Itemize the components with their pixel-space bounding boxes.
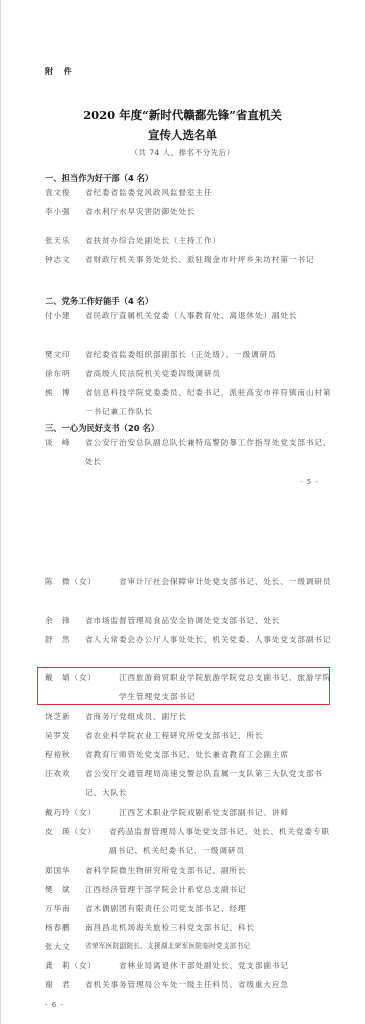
person-title: 省林业局离退休干部处副处长、党支部副书记 — [119, 956, 339, 975]
person-title: 省民政厅直属机关党委（人事教育处、离退休处）副处长 — [85, 306, 335, 325]
person-name: 杨春鹏 — [45, 918, 70, 937]
person-title: 省水利厅水旱灾害防御处处长 — [85, 202, 335, 221]
person-title: 省商务厅党组成员、副厅长 — [85, 707, 335, 726]
person-title: 南昌昌北机场海关旅检三科党支部书记、科长 — [85, 918, 335, 937]
person-name: 程裕秋 — [45, 745, 70, 764]
person-title: 省财政厅机关事务处处长、派驻瑞金市叶坪乡朱坊村第一书记 — [85, 250, 335, 269]
person-name: 谢 君 — [45, 975, 70, 994]
person-title: 省纪委省监委党风政风监督室主任 — [85, 183, 335, 202]
person-title: 省纪委省监委组织部副部长（正处级）、一级调研员 — [85, 345, 335, 364]
page-number-6: - 6 - — [45, 1001, 64, 1009]
document-title-line-2: 宣传人选名单 — [0, 125, 365, 145]
person-name: 饶芝新 — [45, 707, 70, 726]
person-name: 舒 然 — [45, 630, 70, 649]
person-name: 吴罗发 — [45, 726, 70, 745]
person-title: 省科学院微生物研究所党支部书记、副所长 — [85, 861, 335, 880]
person-name: 郑国华 — [45, 861, 70, 880]
person-name: 付小建 — [45, 306, 70, 325]
person-title: 省人大常委会办公厅人事处处长，机关党委、人事处党支部副书记 — [85, 630, 335, 649]
document-subtitle: （共 74 人，排名不分先后） — [0, 147, 365, 158]
person-title: 江西艺术职业学院戏剧系党支部副书记、讲师 — [119, 803, 339, 822]
person-title: 省机关事务管理局公车处一级主任科员、省级重大应急 — [85, 975, 335, 994]
person-name: 汪欢欢 — [45, 764, 70, 783]
person-title: 省教育厅师资处党支部书记、处长兼省教育工会副主席 — [85, 745, 335, 764]
person-name: 万华南 — [45, 899, 70, 918]
person-title: 江西旅游商贸职业学院旅游学院党总支副书记、旅游学院学生管理党支部书记 — [119, 668, 339, 706]
person-name: 熊 博 — [45, 383, 70, 402]
person-name: 戴巧玲（女） — [45, 803, 96, 822]
attachment-label: 附 件 — [45, 66, 76, 77]
person-name: 余 锋 — [45, 611, 70, 630]
person-title: 省高级人民法院机关党委四级调研员 — [85, 364, 335, 383]
person-title: 省扶贫办综合处副处长（主持工作） — [85, 231, 335, 250]
person-name: 钟志文 — [45, 250, 70, 269]
person-name: 陈 微（女） — [45, 572, 96, 591]
person-title: 省审计厅社会保障审计处党支部书记、处长、一级调研员 — [119, 572, 339, 591]
person-name: 樊 斌 — [45, 880, 70, 899]
person-name: 徐东明 — [45, 364, 70, 383]
person-title: 省药品监督管理局人事处党支部书记、处长、机关党委专职副书记、机关纪委书记、一级调… — [109, 822, 337, 860]
person-name: 樊文印 — [45, 345, 70, 364]
person-name: 龚 莉（女） — [45, 956, 96, 975]
person-title: 省农业科学院农业工程研究所党支部书记、所长 — [85, 726, 335, 745]
person-name: 李小强 — [45, 202, 70, 221]
person-name: 张大文 — [45, 937, 70, 956]
person-title: 江西经济管理干部学院会计系党总支副书记 — [85, 880, 335, 899]
person-name: 戴 婧（女） — [45, 668, 96, 687]
person-name: 皮 瑛（女） — [45, 822, 96, 841]
person-title: 省公安厅治安总队副总队长兼特巡警防暴工作指导处党支部书记、处长 — [85, 433, 335, 471]
person-title: 省木偶剧团有限责任公司党支部书记、经理 — [85, 899, 335, 918]
person-name: 张天乐 — [45, 231, 70, 250]
person-name: 袁文俊 — [45, 183, 70, 202]
person-title: 省荣军医院副院长、支援湖北荣军医院临时党支部书记 — [85, 937, 335, 956]
person-title: 省公安厅交通管理局高速交警总队直属一支队第三大队党支部书记、大队长 — [85, 764, 335, 802]
page-number-5: - 5 - — [300, 478, 319, 486]
person-title: 省信息科技学院党委委员、纪委书记，派驻高安市祥符镇南山村第一书记兼工作队长 — [85, 383, 335, 421]
document-title-line-1: 2020 年度“新时代赣鄱先锋”省直机关 — [0, 105, 365, 125]
person-name: 谈 峰 — [45, 433, 70, 452]
person-title: 省市场监督管理局食品安全协调处党支部书记、处长 — [85, 611, 335, 630]
